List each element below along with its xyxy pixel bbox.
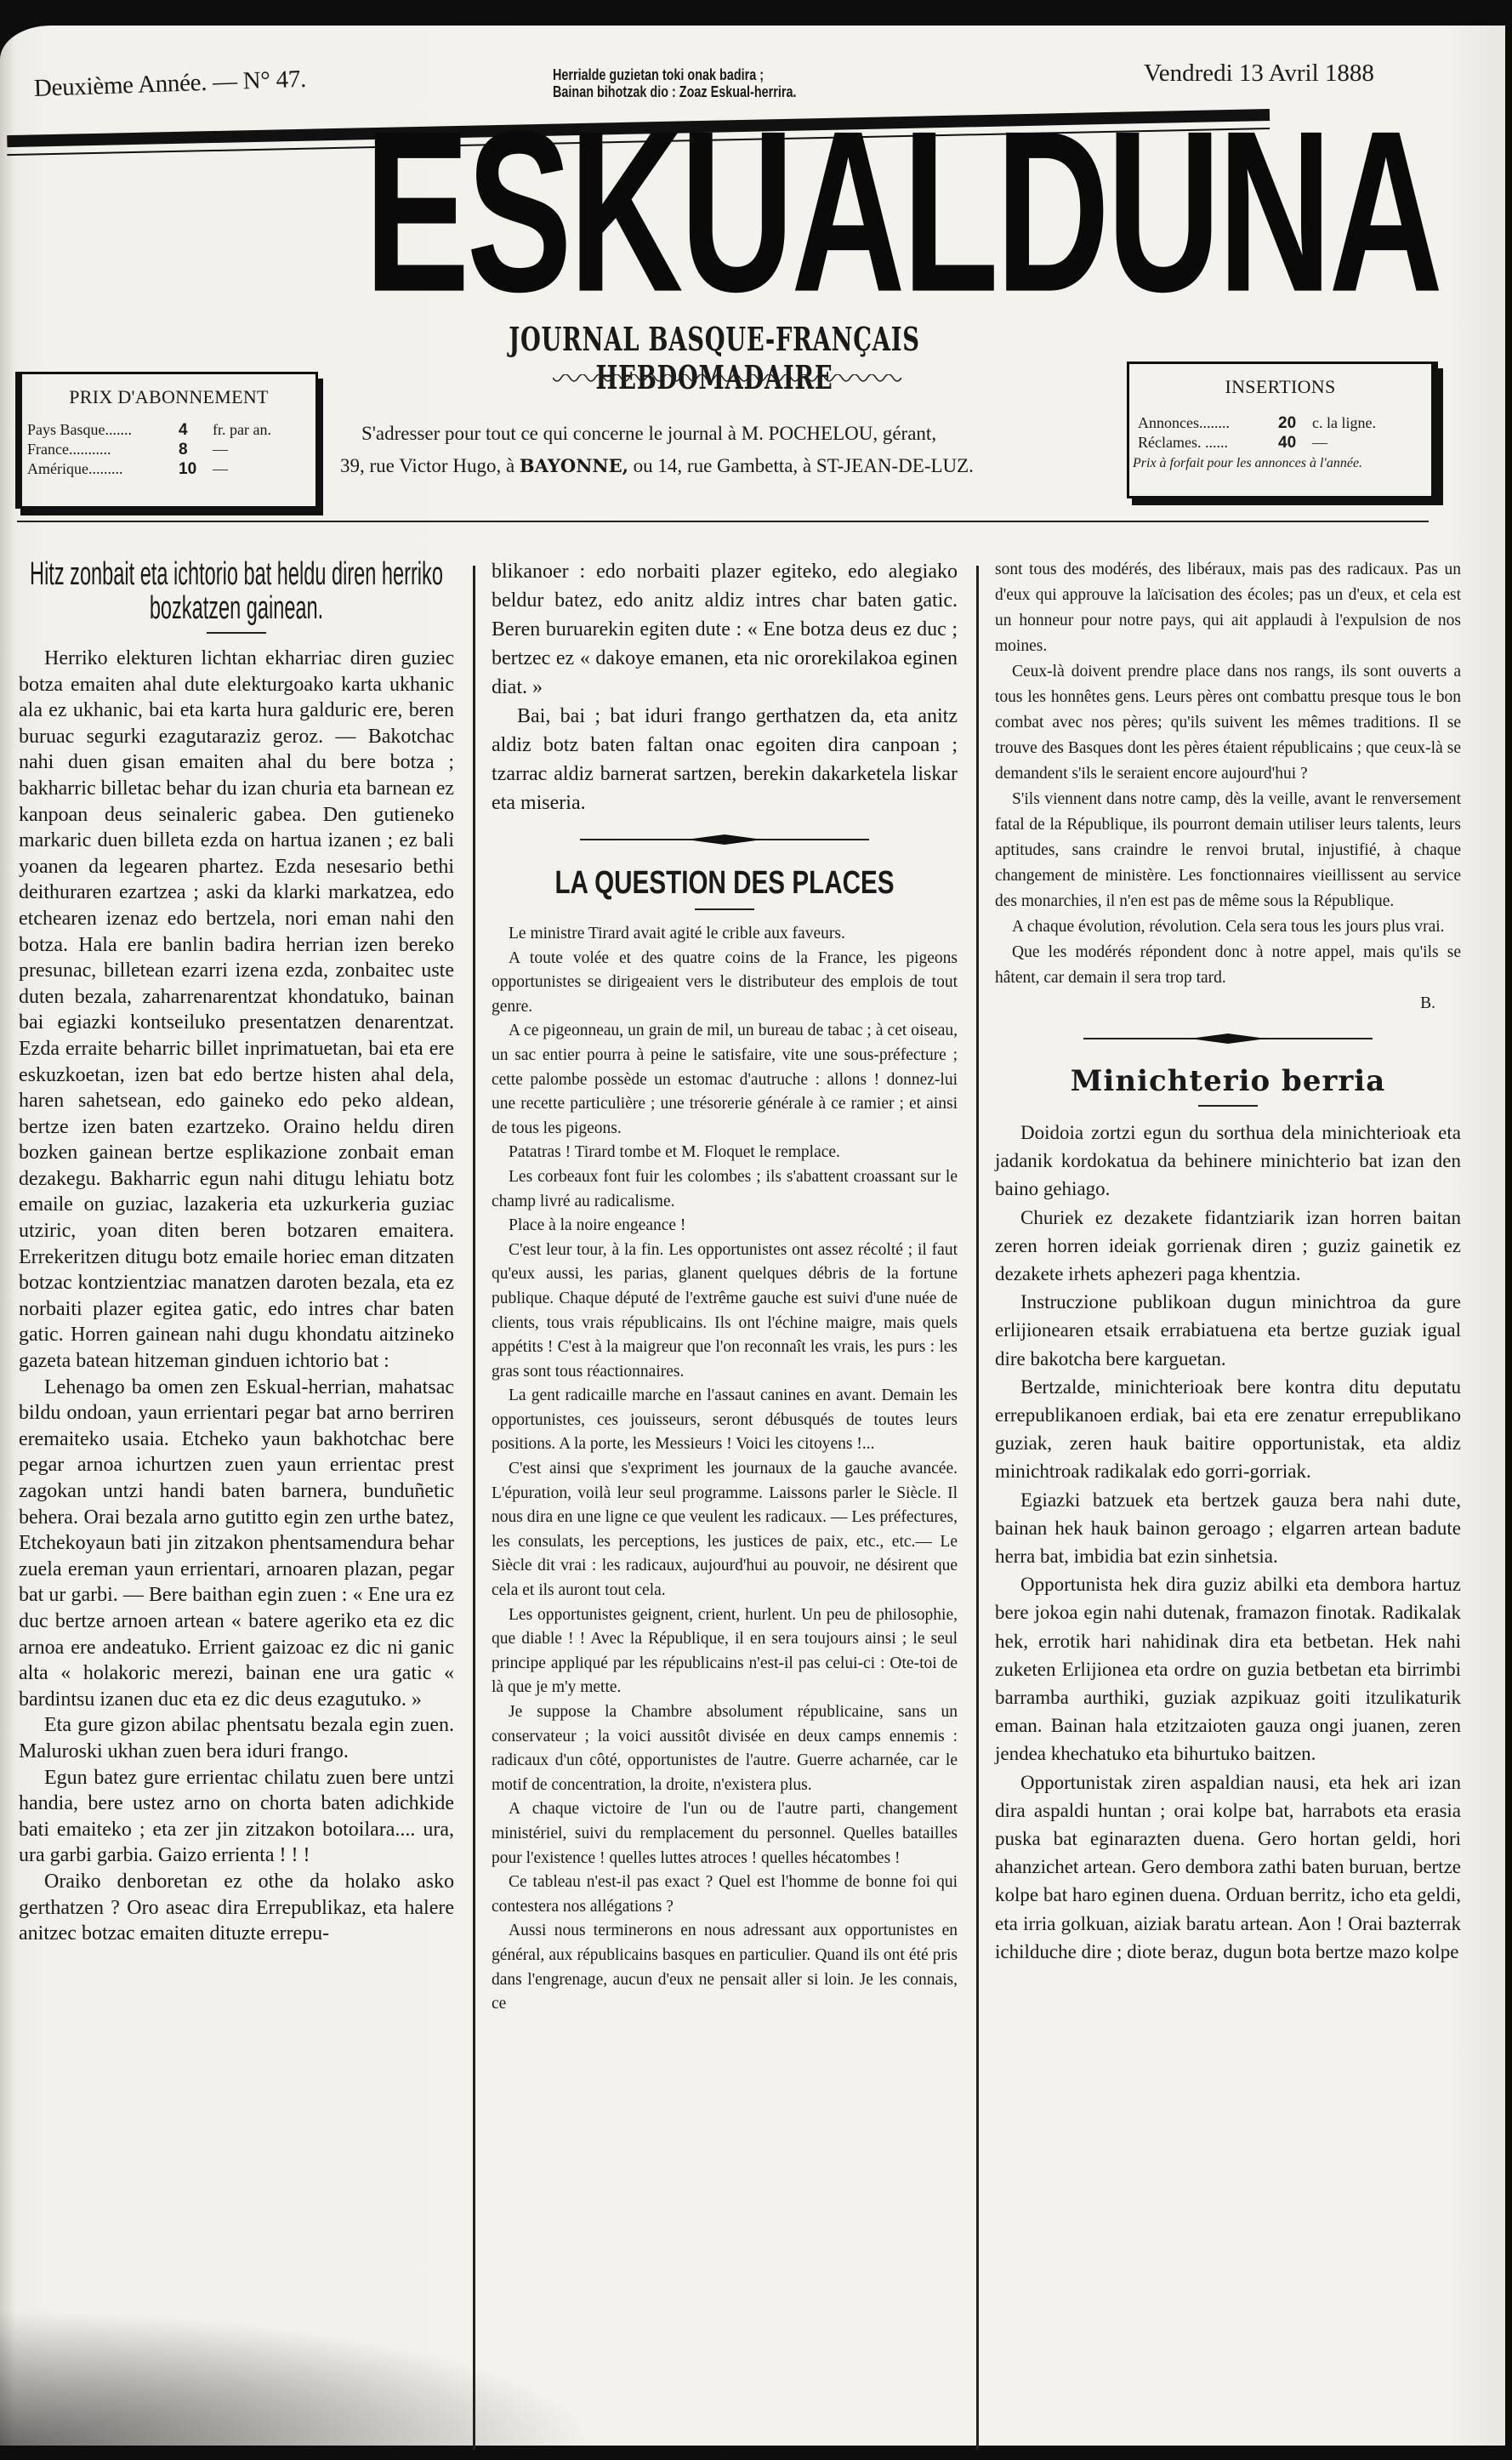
subscription-title: PRIX D'ABONNEMENT (22, 386, 315, 408)
paragraph: Ce tableau n'est-il pas exact ? Quel est… (492, 1871, 958, 1919)
masthead-title: ESKUALDUNA (364, 119, 1081, 303)
scan-shadow (0, 2309, 595, 2446)
price-label: Réclames. ...... (1138, 433, 1278, 453)
paragraph: A chaque victoire de l'un ou de l'autre … (492, 1797, 958, 1871)
motto-line-1: Herrialde guzietan toki onak badira ; (553, 66, 796, 83)
paragraph: Que les modérés répondent donc à notre a… (995, 940, 1461, 991)
price-unit: — (213, 440, 228, 459)
insertions-title: INSERTIONS (1129, 376, 1431, 398)
address-line-2: 39, rue Victor Hugo, à BAYONNE, ou 14, r… (340, 455, 1089, 477)
column-1: Hitz zonbait eta ichtorio bat heldu dire… (19, 557, 454, 1947)
price-row: France........... 8 — (27, 440, 315, 459)
article-title: Minichterio berria (995, 1064, 1461, 1098)
paragraph: Les corbeaux font fuir les colombes ; il… (492, 1165, 958, 1214)
subscription-box: PRIX D'ABONNEMENT Pays Basque....... 4 f… (15, 372, 318, 509)
paragraph: Je suppose la Chambre absolument républi… (492, 1700, 958, 1797)
paragraph: A ce pigeonneau, un grain de mil, un bur… (492, 1019, 958, 1141)
paragraph: Patatras ! Tirard tombe et M. Floquet le… (492, 1141, 958, 1165)
address-street: 39, rue Victor Hugo, à (340, 455, 520, 476)
paragraph: Herriko elekturen lichtan ekharriac dire… (19, 646, 454, 1375)
paragraph: Eta gure gizon abilac phentsatu bezala e… (19, 1712, 454, 1764)
paragraph: blikanoer : edo norbaiti plazer egiteko,… (492, 557, 958, 702)
paragraph: Le ministre Tirard avait agité le crible… (492, 922, 958, 947)
paragraph: Bertzalde, minichterioak bere kontra dit… (995, 1373, 1461, 1486)
article-title: Hitz zonbait eta ichtorio bat heldu dire… (20, 557, 452, 625)
paragraph: A toute volée et des quatre coins de la … (492, 947, 958, 1020)
price-unit: fr. par an. (213, 420, 271, 440)
price-value: 10 (179, 459, 213, 479)
price-unit: — (1312, 433, 1327, 453)
price-label: Annonces........ (1138, 413, 1278, 433)
price-unit: c. la ligne. (1312, 413, 1376, 433)
paragraph: A chaque évolution, révolution. Cela ser… (995, 914, 1461, 940)
title-rule (695, 908, 754, 910)
paragraph: S'ils viennent dans notre camp, dès la v… (995, 787, 1461, 914)
price-value: 8 (179, 440, 213, 459)
title-rule (1198, 1105, 1258, 1107)
section-divider (1083, 1034, 1373, 1044)
price-unit: — (213, 459, 228, 479)
paragraph: sont tous des modérés, des libéraux, mai… (995, 557, 1461, 659)
paragraph: Egiazki batzuek eta bertzek gauza bera n… (995, 1486, 1461, 1571)
paragraph: Egun batez gure errientac chilatu zuen b… (19, 1765, 454, 1869)
price-row: Amérique......... 10 — (27, 459, 315, 479)
column-divider (473, 566, 475, 2450)
price-label: Amérique......... (27, 459, 179, 479)
price-row: Annonces........ 20 c. la ligne. (1138, 413, 1431, 433)
paragraph: C'est ainsi que s'expriment les journaux… (492, 1457, 958, 1603)
address-city: BAYONNE, (520, 455, 628, 476)
paragraph: Les opportunistes geignent, crient, hurl… (492, 1603, 958, 1700)
price-row: Pays Basque....... 4 fr. par an. (27, 420, 315, 440)
price-label: Pays Basque....... (27, 420, 179, 440)
paragraph: La gent radicaille marche en l'assaut ca… (492, 1384, 958, 1457)
price-value: 4 (179, 420, 213, 440)
paragraph: Place à la noire engeance ! (492, 1214, 958, 1239)
paragraph: Bai, bai ; bat iduri frango gerthatzen d… (492, 702, 958, 817)
insertions-note: Prix à forfait pour les annonces à l'ann… (1133, 456, 1431, 471)
price-value: 20 (1278, 413, 1312, 433)
paragraph: Lehenago ba omen zen Eskual-herrian, mah… (19, 1375, 454, 1713)
header-bottom-rule (17, 521, 1429, 522)
column-2: blikanoer : edo norbaiti plazer egiteko,… (492, 557, 958, 2017)
paragraph: Churiek ez dezakete fidantziarik izan ho… (995, 1204, 1461, 1289)
column-3: sont tous des modérés, des libéraux, mai… (995, 557, 1461, 1966)
price-label: France........... (27, 440, 179, 459)
paragraph: Instruczione publikoan dugun minichtroa … (995, 1288, 1461, 1373)
paragraph: Opportunistak ziren aspaldian nausi, eta… (995, 1768, 1461, 1966)
paragraph: Aussi nous terminerons en nous adressant… (492, 1919, 958, 2016)
paragraph: Doidoia zortzi egun du sorthua dela mini… (995, 1119, 1461, 1204)
paragraph: Ceux-là doivent prendre place dans nos r… (995, 659, 1461, 787)
address-line-1: S'adresser pour tout ce qui concerne le … (361, 423, 1110, 445)
paragraph: Opportunista hek dira guziz abilki eta d… (995, 1570, 1461, 1768)
paragraph: C'est leur tour, à la fin. Les opportuni… (492, 1239, 958, 1385)
wavy-ornament (553, 374, 901, 386)
address-alt: ou 14, rue Gambetta, à ST-JEAN-DE-LUZ. (628, 455, 974, 476)
paragraph: Oraiko denboretan ez othe da holako asko… (19, 1869, 454, 1947)
section-divider (580, 834, 869, 845)
article-title: LA QUESTION DES PLACES (543, 865, 906, 902)
insertions-box: INSERTIONS Annonces........ 20 c. la lig… (1127, 362, 1438, 498)
author-signature: B. (995, 991, 1461, 1016)
column-divider (976, 566, 979, 2450)
price-value: 40 (1278, 433, 1312, 453)
title-rule (207, 632, 266, 634)
price-row: Réclames. ...... 40 — (1138, 433, 1431, 453)
